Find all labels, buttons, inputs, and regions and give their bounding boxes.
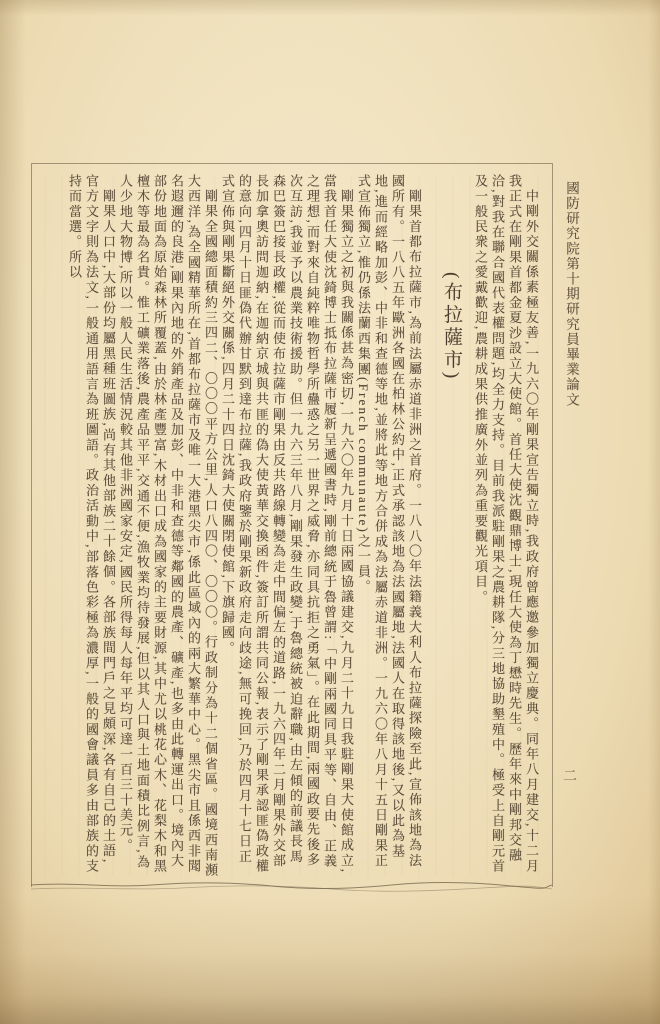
scanned-book-page: { "doc": { "margin_title": "國防研究院第十期研究員畢…: [0, 0, 660, 1024]
text-frame-border: 中剛外交關係素極友善,一九六〇年剛果宣告獨立時,我政府曾應邀參加獨立慶典。同年八…: [31, 163, 553, 887]
margin-title: 國防研究院第十期研究員畢業論文: [561, 181, 581, 408]
page-number: 二: [558, 768, 578, 782]
scan-shadow-left: [0, 0, 26, 1024]
section-heading: (布拉薩市): [436, 174, 466, 879]
paragraph-population: 剛果人口中,大部份均屬黑種班圖族,尚有其他部族二十餘個。各部族間門戶之見頗深,各…: [66, 174, 117, 879]
scan-shadow-bottom: [0, 894, 660, 1024]
paragraph-relations: 中剛外交關係素極友善,一九六〇年剛果宣告獨立時,我政府曾應邀參加獨立慶典。同年八…: [472, 174, 540, 879]
body-text: 中剛外交關係素極友善,一九六〇年剛果宣告獨立時,我政府曾應邀參加獨立慶典。同年八…: [44, 174, 540, 879]
paragraph-history: 剛果首都布拉薩市,為前法屬赤道非洲之首府。一八八〇年法籍義大利人布拉薩探險至此,…: [355, 174, 423, 879]
frame-bottom-wavy-line: [31, 880, 552, 892]
paragraph-diplomacy: 剛果獨立之初與我關係甚為密切,一九六〇年九月十日兩國協議建交,九月二十九日我駐剛…: [219, 174, 355, 879]
scan-shadow-right: [648, 0, 660, 1024]
paragraph-geography: 剛果全國總面積約三四二、〇〇〇平方公里,人口八四〇、〇〇〇。行政制分為十二個省區…: [117, 174, 219, 879]
paper-sheet: 國防研究院第十期研究員畢業論文 二 中剛外交關係素極友善,一九六〇年剛果宣告獨立…: [0, 0, 660, 1024]
scan-shadow-top: [0, 0, 660, 16]
